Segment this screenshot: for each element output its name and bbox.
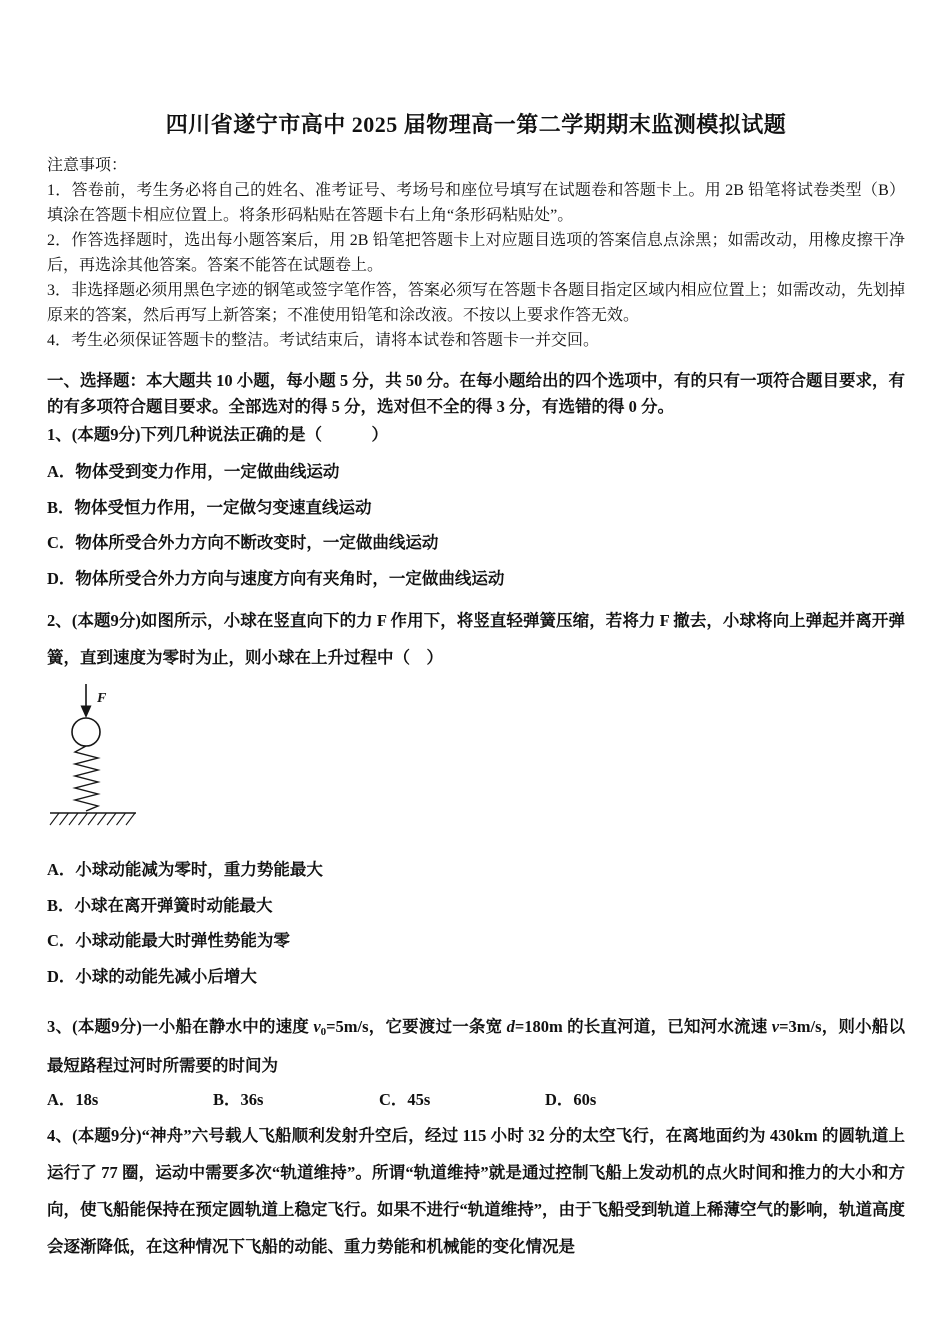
question-2-option-c: C．小球动能最大时弹性势能为零 [47, 923, 905, 959]
question-1-option-d: D．物体所受合外力方向与速度方向有夹角时，一定做曲线运动 [47, 561, 905, 597]
question-3-option-a: A．18s [47, 1083, 213, 1117]
question-3-option-d: D．60s [545, 1083, 711, 1117]
exam-paper-page: 四川省遂宁市高中 2025 届物理高一第二学期期末监测模拟试题 注意事项： 1．… [0, 0, 950, 1344]
page-title: 四川省遂宁市高中 2025 届物理高一第二学期期末监测模拟试题 [47, 110, 905, 140]
question-3-option-c: C．45s [379, 1083, 545, 1117]
page-content: 四川省遂宁市高中 2025 届物理高一第二学期期末监测模拟试题 注意事项： 1．… [0, 110, 950, 1265]
section-instructions: 一、选择题：本大题共 10 小题，每小题 5 分，共 50 分。在每小题给出的四… [47, 368, 905, 420]
ground-hatching [50, 813, 135, 825]
question-2-stem: 2、(本题9分)如图所示，小球在竖直向下的力 F 作用下，将竖直轻弹簧压缩，若将… [47, 602, 905, 676]
question-1-option-a: A．物体受到变力作用，一定做曲线运动 [47, 454, 905, 490]
ball [72, 718, 100, 746]
spring [75, 746, 98, 811]
question-1-stem: 1、(本题9分)下列几种说法正确的是（ ） [47, 422, 905, 448]
force-arrow-head [81, 706, 92, 719]
questions-section: 一、选择题：本大题共 10 小题，每小题 5 分，共 50 分。在每小题给出的四… [47, 368, 905, 1265]
question-1-option-c: C．物体所受合外力方向不断改变时，一定做曲线运动 [47, 525, 905, 561]
notes-heading: 注意事项： [47, 153, 905, 178]
notes-item-1: 1．答卷前，考生务必将自己的姓名、准考证号、考场号和座位号填写在试题卷和答题卡上… [47, 178, 905, 228]
notes-item-2: 2．作答选择题时，选出每小题答案后，用 2B 铅笔把答题卡上对应题目选项的答案信… [47, 228, 905, 278]
question-1-options: A．物体受到变力作用，一定做曲线运动 B．物体受恒力作用，一定做匀变速直线运动 … [47, 454, 905, 596]
question-4-stem: 4、(本题9分)“神舟”六号载人飞船顺利发射升空后，经过 115 小时 32 分… [47, 1117, 905, 1265]
question-2-option-b: B．小球在离开弹簧时动能最大 [47, 888, 905, 924]
notes-item-4: 4．考生必须保证答题卡的整洁。考试结束后，请将本试卷和答题卡一并交回。 [47, 328, 905, 353]
notes-section: 注意事项： 1．答卷前，考生务必将自己的姓名、准考证号、考场号和座位号填写在试题… [47, 153, 905, 353]
question-1-option-b: B．物体受恒力作用，一定做匀变速直线运动 [47, 490, 905, 526]
question-3-option-b: B．36s [213, 1083, 379, 1117]
question-2-option-a: A．小球动能减为零时，重力势能最大 [47, 852, 905, 888]
notes-item-3: 3．非选择题必须用黑色字迹的钢笔或签字笔作答，答案必须写在答题卡各题目指定区域内… [47, 278, 905, 328]
question-2-figure: F [48, 682, 905, 834]
force-label: F [96, 691, 107, 706]
question-2-options: A．小球动能减为零时，重力势能最大 B．小球在离开弹簧时动能最大 C．小球动能最… [47, 852, 905, 994]
spring-ball-figure: F [48, 682, 144, 832]
question-2-option-d: D．小球的动能先减小后增大 [47, 959, 905, 995]
question-3-options: A．18s B．36s C．45s D．60s [47, 1083, 905, 1117]
question-3-stem: 3、(本题9分)一小船在静水中的速度 v0=5m/s，它要渡过一条宽 d=180… [47, 1010, 905, 1083]
